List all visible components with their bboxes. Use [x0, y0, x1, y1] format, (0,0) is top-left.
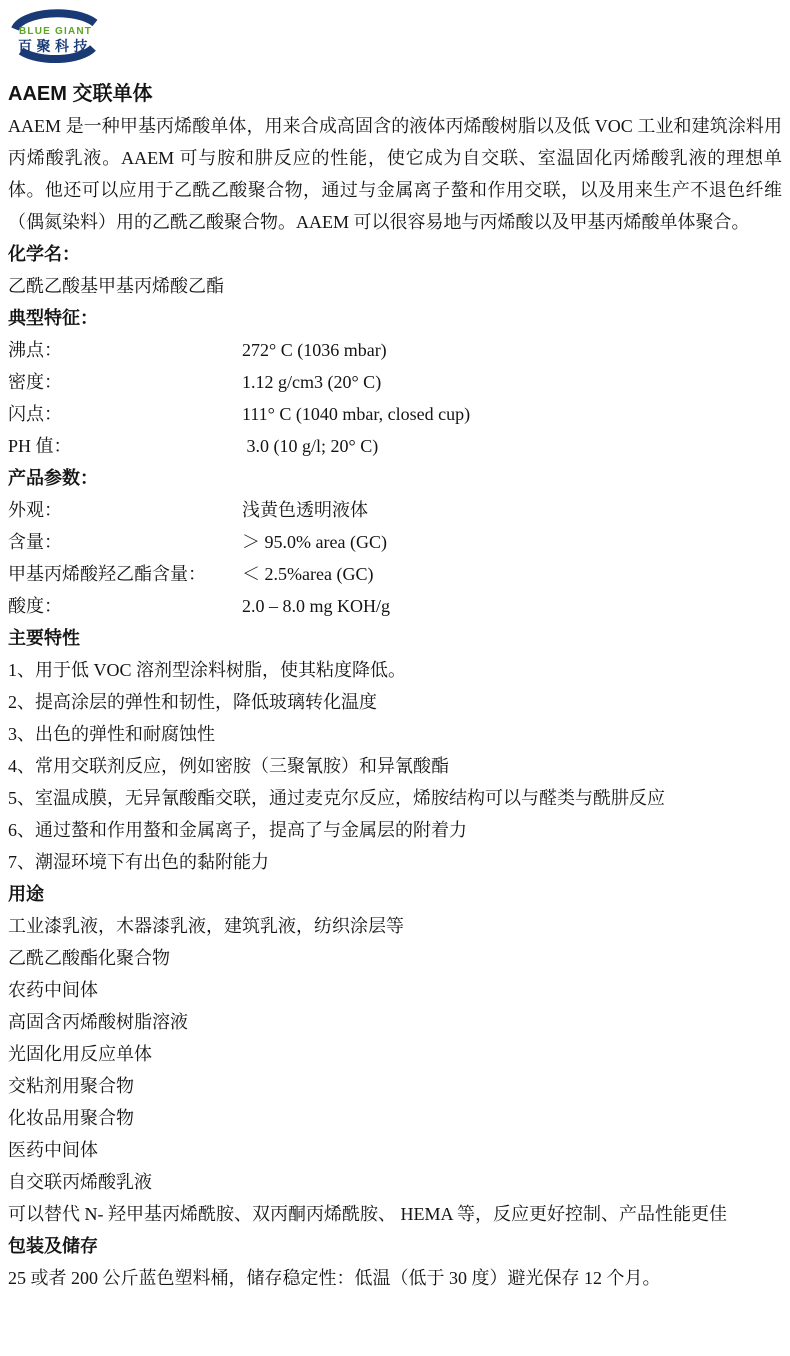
- page-title: AAEM 交联单体: [8, 78, 782, 110]
- feature-item: 6、通过螯和作用螯和金属离子，提高了与金属层的附着力: [8, 814, 782, 846]
- parameter-label: 含量：: [8, 526, 242, 558]
- chemical-name-heading: 化学名：: [8, 238, 782, 270]
- chemical-name-value: 乙酰乙酸基甲基丙烯酸乙酯: [8, 270, 782, 302]
- application-item: 光固化用反应单体: [8, 1038, 782, 1070]
- feature-item: 4、常用交联剂反应，例如密胺（三聚氰胺）和异氰酸酯: [8, 750, 782, 782]
- parameter-label: 外观：: [8, 494, 242, 526]
- property-label: 闪点：: [8, 398, 242, 430]
- property-value: 272° C (1036 mbar): [242, 334, 782, 366]
- feature-item: 1、用于低 VOC 溶剂型涂料树脂，使其粘度降低。: [8, 654, 782, 686]
- application-item: 可以替代 N- 羟甲基丙烯酰胺、双丙酮丙烯酰胺、 HEMA 等，反应更好控制、产…: [8, 1198, 782, 1230]
- application-item: 化妆品用聚合物: [8, 1102, 782, 1134]
- packaging-heading: 包装及储存: [8, 1230, 782, 1262]
- application-item: 医药中间体: [8, 1134, 782, 1166]
- application-item: 自交联丙烯酸乳液: [8, 1166, 782, 1198]
- parameter-value: ＜ 2.5%area (GC): [242, 558, 782, 590]
- parameter-value: ＞ 95.0% area (GC): [242, 526, 782, 558]
- property-row-flash-point: 闪点： 111° C (1040 mbar, closed cup): [8, 398, 782, 430]
- application-item: 乙酰乙酸酯化聚合物: [8, 942, 782, 974]
- application-item: 高固含丙烯酸树脂溶液: [8, 1006, 782, 1038]
- parameter-value: 浅黄色透明液体: [242, 494, 782, 526]
- application-item: 工业漆乳液，木器漆乳液，建筑乳液，纺织涂层等: [8, 910, 782, 942]
- logo-brand-en: BLUE GIANT: [19, 26, 92, 37]
- parameter-label: 酸度：: [8, 590, 242, 622]
- property-row-ph: PH 值： 3.0 (10 g/l; 20° C): [8, 430, 782, 462]
- parameter-row-content: 含量： ＞ 95.0% area (GC): [8, 526, 782, 558]
- applications-heading: 用途: [8, 878, 782, 910]
- feature-item: 5、室温成膜，无异氰酸酯交联，通过麦克尔反应，烯胺结构可以与醛类与酰肼反应: [8, 782, 782, 814]
- feature-item: 2、提高涂层的弹性和韧性，降低玻璃转化温度: [8, 686, 782, 718]
- intro-paragraph: AAEM 是一种甲基丙烯酸单体，用来合成高固含的液体丙烯酸树脂以及低 VOC 工…: [8, 110, 782, 238]
- product-parameters-heading: 产品参数：: [8, 462, 782, 494]
- parameter-row-acidity: 酸度： 2.0 – 8.0 mg KOH/g: [8, 590, 782, 622]
- property-label: PH 值：: [8, 430, 242, 462]
- typical-properties-heading: 典型特征：: [8, 302, 782, 334]
- property-row-density: 密度： 1.12 g/cm3 (20° C): [8, 366, 782, 398]
- property-label: 沸点：: [8, 334, 242, 366]
- parameter-value: 2.0 – 8.0 mg KOH/g: [242, 590, 782, 622]
- property-label: 密度：: [8, 366, 242, 398]
- feature-item: 3、出色的弹性和耐腐蚀性: [8, 718, 782, 750]
- main-features-heading: 主要特性: [8, 622, 782, 654]
- parameter-row-hema-content: 甲基丙烯酸羟乙酯含量： ＜ 2.5%area (GC): [8, 558, 782, 590]
- parameter-label: 甲基丙烯酸羟乙酯含量：: [8, 558, 242, 590]
- application-item: 交粘剂用聚合物: [8, 1070, 782, 1102]
- document-content: AAEM 交联单体 AAEM 是一种甲基丙烯酸单体，用来合成高固含的液体丙烯酸树…: [8, 78, 782, 1294]
- packaging-text: 25 或者 200 公斤蓝色塑料桶，储存稳定性：低温（低于 30 度）避光保存 …: [8, 1262, 782, 1294]
- document-page: BLUE GIANT 百聚科技 AAEM 交联单体 AAEM 是一种甲基丙烯酸单…: [0, 0, 790, 1294]
- property-row-boiling-point: 沸点： 272° C (1036 mbar): [8, 334, 782, 366]
- company-logo: BLUE GIANT 百聚科技: [8, 2, 782, 74]
- property-value: 111° C (1040 mbar, closed cup): [242, 398, 782, 430]
- parameter-row-appearance: 外观： 浅黄色透明液体: [8, 494, 782, 526]
- feature-item: 7、潮湿环境下有出色的黏附能力: [8, 846, 782, 878]
- property-value: 1.12 g/cm3 (20° C): [242, 366, 782, 398]
- property-value: 3.0 (10 g/l; 20° C): [242, 430, 782, 462]
- logo-graphic: BLUE GIANT 百聚科技: [8, 2, 100, 74]
- application-item: 农药中间体: [8, 974, 782, 1006]
